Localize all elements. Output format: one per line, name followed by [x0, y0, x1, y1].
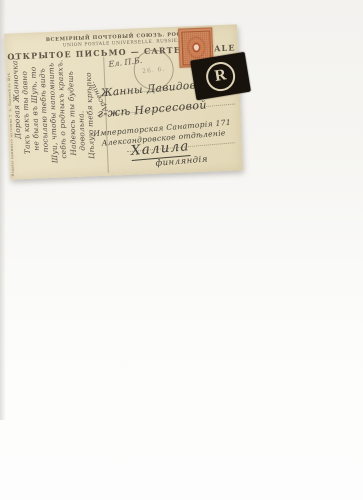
postcard: Изданіе книжнаго магазина Т. А. Лядовой …	[4, 24, 243, 179]
address-recipient-surname: г-жѣ Нерсесовой	[97, 98, 207, 120]
r-letter: R	[214, 67, 228, 85]
scanned-postcard-photo: Изданіе книжнаго магазина Т. А. Лядовой …	[0, 0, 363, 500]
handwritten-message: Дорогая Жанночка! Такъ какъ ты давно не …	[11, 54, 108, 177]
registration-r-handstamp-icon: R	[190, 52, 251, 100]
postmark-date: 26. 6.	[142, 65, 166, 75]
r-circle: R	[204, 59, 237, 92]
